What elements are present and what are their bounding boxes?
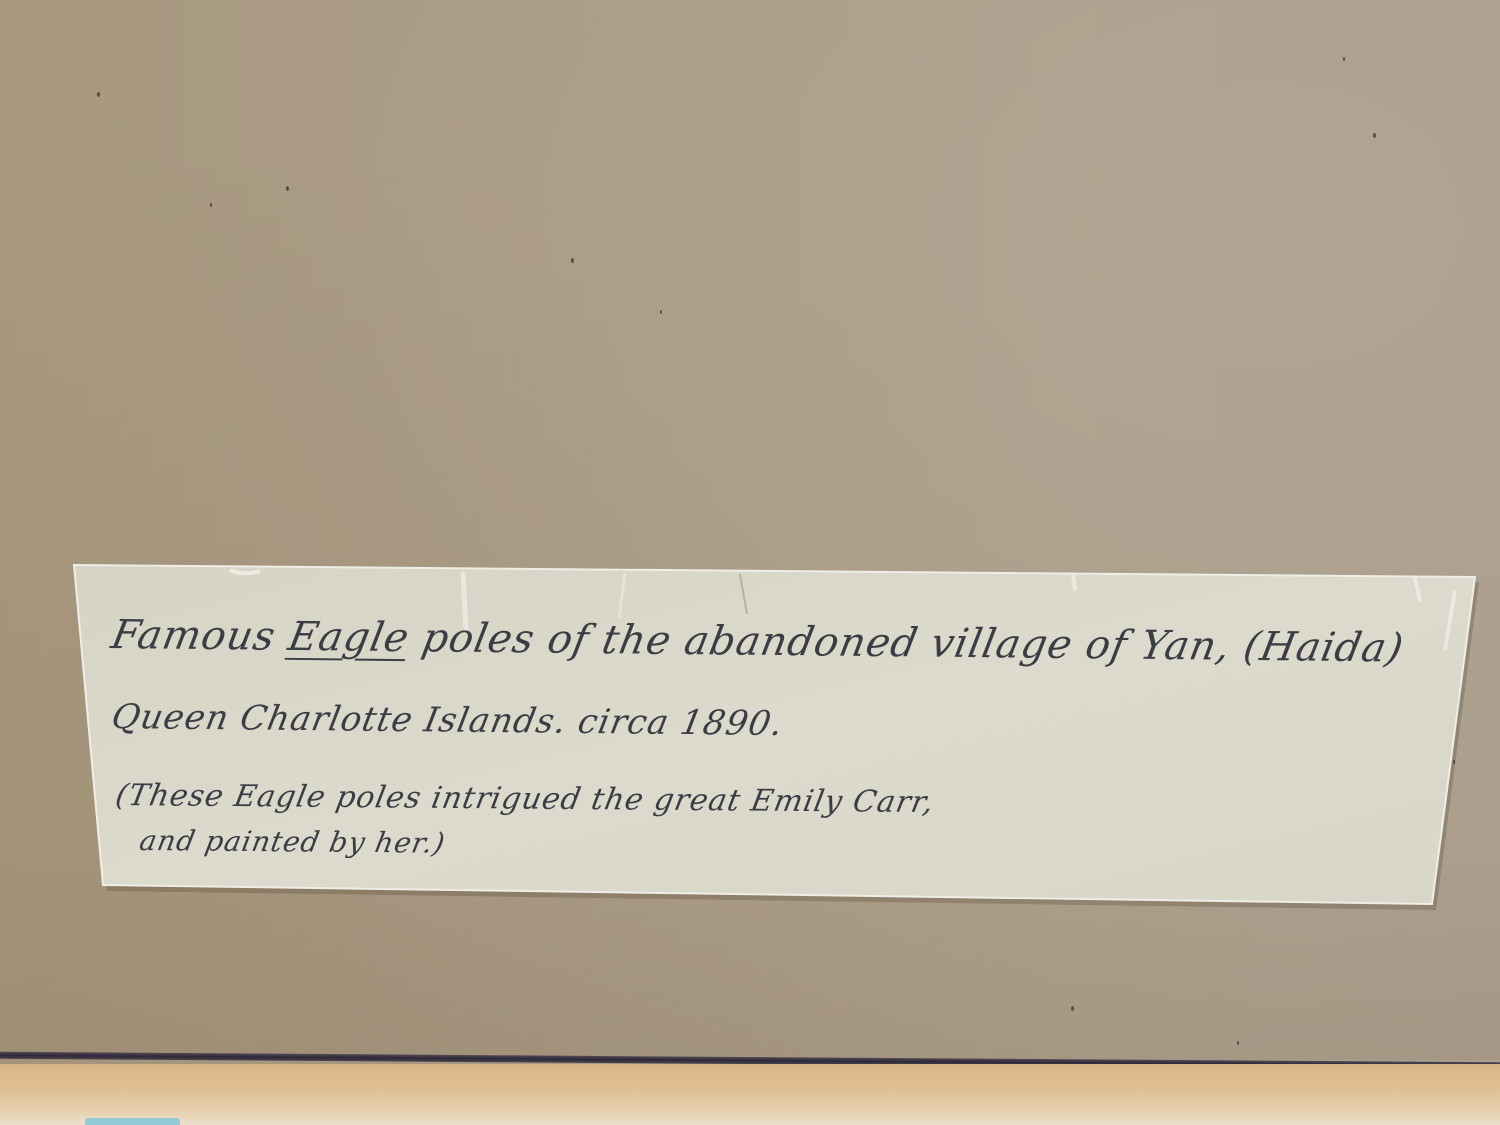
paper-speck <box>660 310 662 314</box>
backing-shading <box>0 0 1500 1060</box>
paper-speck <box>1343 57 1345 61</box>
paper-speck <box>1453 760 1455 764</box>
handwritten-note: Famous Eagle poles of the abandoned vill… <box>0 0 1500 1125</box>
paper-speck <box>1373 133 1376 138</box>
note-line-painted-by-her: and painted by her.) <box>137 824 448 860</box>
note-line-title: Famous Eagle poles of the abandoned vill… <box>108 612 1408 671</box>
note-line-emily-carr: (These Eagle poles intrigued the great E… <box>113 778 937 820</box>
label-card-shape <box>0 0 1500 1125</box>
note-line-title-suffix: poles of the abandoned village of Yan, (… <box>405 615 1408 671</box>
label-card: Famous Eagle poles of the abandoned vill… <box>0 0 1500 1125</box>
paper-speck <box>1237 1041 1239 1045</box>
paper-speck <box>210 203 212 207</box>
wooden-frame-strip <box>0 1064 1500 1125</box>
note-line-location-date: Queen Charlotte Islands. circa 1890. <box>108 697 787 744</box>
paper-speck <box>1071 1006 1074 1011</box>
teal-paint-mark <box>85 1118 180 1125</box>
paper-speck <box>571 258 574 263</box>
paper-speck <box>97 92 100 97</box>
note-line-title-prefix: Famous <box>108 612 293 660</box>
paper-speck <box>286 186 289 191</box>
underlined-word-eagle: Eagle <box>285 614 414 661</box>
